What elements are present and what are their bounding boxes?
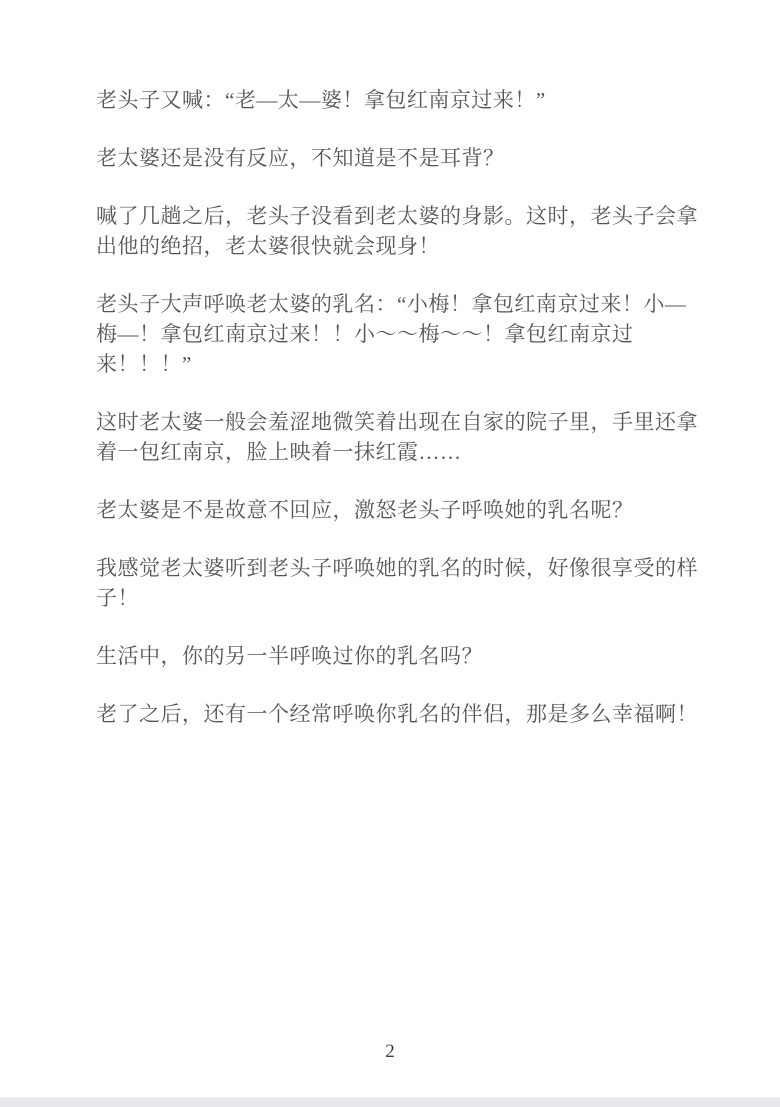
paragraph: 老了之后，还有一个经常呼唤你乳名的伴侣，那是多么幸福啊！ (96, 699, 708, 729)
paragraph: 老头子大声呼唤老太婆的乳名：“小梅！拿包红南京过来！小— 梅—！拿包红南京过来！… (96, 289, 708, 379)
text-line: 我感觉老太婆听到老头子呼唤她的乳名的时候，好像很享受的样 (96, 553, 708, 583)
text-line: 老太婆是不是故意不回应，激怒老头子呼唤她的乳名呢？ (96, 495, 708, 525)
text-line: 梅—！拿包红南京过来！！小～～梅～～！拿包红南京过 (96, 319, 708, 349)
text-line: 老头子又喊：“老—太—婆！拿包红南京过来！” (96, 85, 708, 115)
text-line: 喊了几趟之后，老头子没看到老太婆的身影。这时，老头子会拿 (96, 201, 708, 231)
paragraph: 我感觉老太婆听到老头子呼唤她的乳名的时候，好像很享受的样 子！ (96, 553, 708, 613)
document-page: 老头子又喊：“老—太—婆！拿包红南京过来！” 老太婆还是没有反应，不知道是不是耳… (0, 0, 780, 1107)
text-line: 出他的绝招，老太婆很快就会现身！ (96, 231, 708, 261)
text-line: 子！ (96, 583, 708, 613)
page-number: 2 (0, 1041, 780, 1063)
text-line: 这时老太婆一般会羞涩地微笑着出现在自家的院子里，手里还拿 (96, 407, 708, 437)
paragraph: 老太婆是不是故意不回应，激怒老头子呼唤她的乳名呢？ (96, 495, 708, 525)
paragraph: 这时老太婆一般会羞涩地微笑着出现在自家的院子里，手里还拿 着一包红南京，脸上映着… (96, 407, 708, 467)
page-bottom-edge (0, 1097, 780, 1107)
paragraph: 喊了几趟之后，老头子没看到老太婆的身影。这时，老头子会拿 出他的绝招，老太婆很快… (96, 201, 708, 261)
text-line: 生活中，你的另一半呼唤过你的乳名吗？ (96, 641, 708, 671)
text-line: 老了之后，还有一个经常呼唤你乳名的伴侣，那是多么幸福啊！ (96, 699, 708, 729)
paragraph: 老头子又喊：“老—太—婆！拿包红南京过来！” (96, 85, 708, 115)
text-line: 老太婆还是没有反应，不知道是不是耳背？ (96, 143, 708, 173)
page-text: 老头子又喊：“老—太—婆！拿包红南京过来！” 老太婆还是没有反应，不知道是不是耳… (96, 85, 708, 757)
text-line: 老头子大声呼唤老太婆的乳名：“小梅！拿包红南京过来！小— (96, 289, 708, 319)
paragraph: 生活中，你的另一半呼唤过你的乳名吗？ (96, 641, 708, 671)
paragraph: 老太婆还是没有反应，不知道是不是耳背？ (96, 143, 708, 173)
text-line: 着一包红南京，脸上映着一抹红霞…… (96, 437, 708, 467)
text-line: 来！！！” (96, 349, 708, 379)
